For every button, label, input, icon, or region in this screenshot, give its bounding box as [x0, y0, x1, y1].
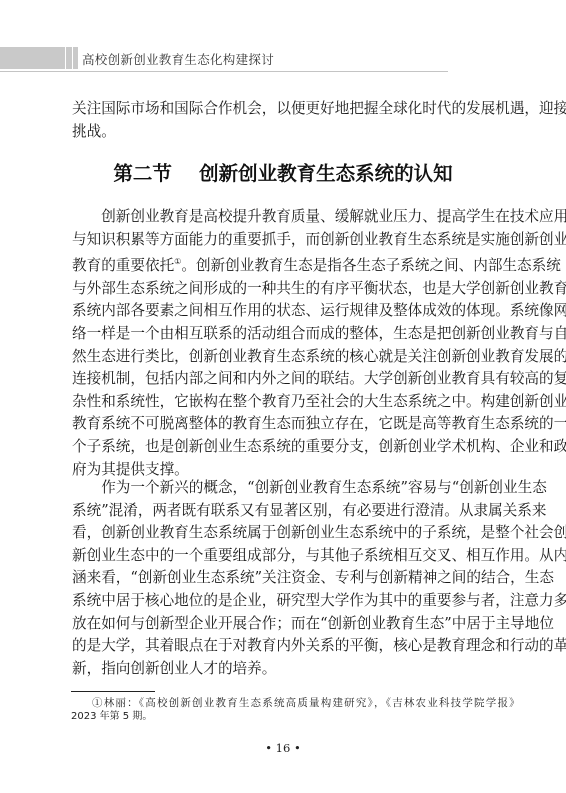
- text-line: 络一样是一个由相互联系的活动组合而成的整体，生态是把创新创业教育与自: [72, 323, 486, 346]
- text-line: 与知识积累等方面能力的重要抓手，而创新创业教育生态系统是实施创新创业: [72, 229, 486, 252]
- text-line: 然生态进行类比，创新创业教育生态系统的核心就是关注创新创业教育发展的: [72, 346, 486, 369]
- text-line: 挑战。: [72, 121, 486, 144]
- footnote: ①林丽：《高校创新创业教育生态系统高质量构建研究》，《吉林农业科技学院学报》 2…: [71, 697, 487, 723]
- footnote-line: 2023 年第 5 期。: [71, 710, 487, 723]
- text-line: 涵来看，“创新创业生态系统”关注资金、专利与创新精神之间的结合，生态: [72, 567, 486, 590]
- text-line: 放在如何与创新型企业开展合作；而在“创新创业教育生态”中居于主导地位: [72, 613, 486, 636]
- page-number: • 16 •: [0, 741, 566, 755]
- text-line: 创新创业教育是高校提升教育质量、缓解就业压力、提高学生在技术应用: [72, 206, 486, 229]
- text-line: 作为一个新兴的概念，“创新创业教育生态系统”容易与“创新创业生态: [72, 477, 486, 500]
- header-rule: [0, 71, 448, 72]
- text-line: 新，指向创新创业人才的培养。: [72, 658, 486, 681]
- text-line: 关注国际市场和国际合作机会，以便更好地把握全球化时代的发展机遇，迎接: [72, 98, 486, 121]
- text-line: 的是大学，其着眼点在于对教育内外关系的平衡，核心是教育理念和行动的革: [72, 635, 486, 658]
- header-band: 高校创新创业教育生态化构建探讨: [0, 47, 486, 69]
- text-line: 个子系统，也是创新创业生态系统的重要分支，创新创业学术机构、企业和政: [72, 436, 486, 459]
- continuation-paragraph: 关注国际市场和国际合作机会，以便更好地把握全球化时代的发展机遇，迎接 挑战。: [72, 98, 486, 143]
- running-title: 高校创新创业教育生态化构建探讨: [82, 50, 274, 68]
- text-line: 杂性和系统性，它嵌构在整个教育乃至社会的大生态系统之中。构建创新创业: [72, 391, 486, 414]
- section-title: 创新创业教育生态系统的认知: [199, 162, 453, 185]
- text-line: 与外部生态系统之间形成的一种共生的有序平衡状态，也是大学创新创业教育: [72, 278, 486, 301]
- text-line: 系统”混淆，两者既有联系又有显著区别，有必要进行澄清。从隶属关系来: [72, 500, 486, 523]
- footnote-separator: [71, 691, 155, 692]
- section-heading: 第二节 创新创业教育生态系统的认知: [0, 158, 566, 186]
- paragraph-1: 创新创业教育是高校提升教育质量、缓解就业压力、提高学生在技术应用 与知识积累等方…: [72, 206, 486, 481]
- header-decor-bar: [66, 47, 72, 69]
- footnote-line: ①林丽：《高校创新创业教育生态系统高质量构建研究》，《吉林农业科技学院学报》: [71, 697, 487, 710]
- text-line: 连接机制，包括内部之间和内外之间的联结。大学创新创业教育具有较高的复: [72, 368, 486, 391]
- text-line: 系统中居于核心地位的是企业，研究型大学作为其中的重要参与者，注意力多: [72, 590, 486, 613]
- text-line: 新创业生态中的一个重要组成部分，与其他子系统相互交叉、相互作用。从内: [72, 545, 486, 568]
- text-line: 教育系统不可脱离整体的教育生态而独立存在，它既是高等教育生态系统的一: [72, 413, 486, 436]
- section-number: 第二节: [113, 162, 172, 185]
- paragraph-2: 作为一个新兴的概念，“创新创业教育生态系统”容易与“创新创业生态 系统”混淆，两…: [72, 477, 486, 680]
- header-decor-block: [0, 47, 65, 69]
- text-line: 看，创新创业教育生态系统属于创新创业生态系统中的子系统，是整个社会创: [72, 522, 486, 545]
- header-decor-bar: [73, 47, 78, 69]
- text-line: 系统内部各要素之间相互作用的状态、运行规律及整体成效的体现。系统像网: [72, 300, 486, 323]
- text-line: 教育的重要依托①。创新创业教育生态是指各生态子系统之间、内部生态系统: [72, 251, 486, 278]
